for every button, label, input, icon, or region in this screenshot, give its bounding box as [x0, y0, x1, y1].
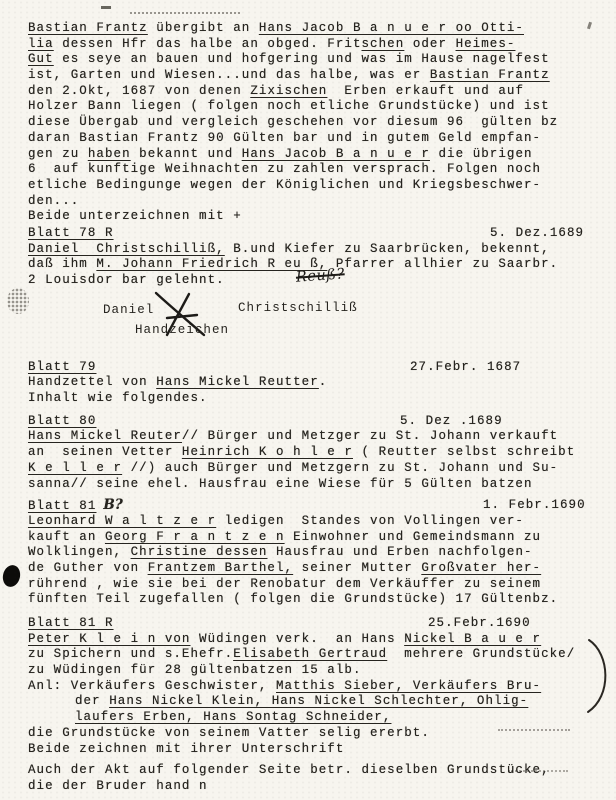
entry-header: Blatt 7927.Febr. 1687 — [28, 360, 602, 376]
text-segment: diese Übergab und vergleich geschehen vo… — [28, 115, 558, 129]
text-line: rührend , wie sie bei der Renobatur dem … — [28, 577, 602, 593]
entry-header: Blatt 805. Dez .1689 — [28, 414, 602, 430]
text-line: kauft an Georg F r a n t z e n Einwohner… — [28, 530, 602, 546]
blatt-label: Blatt 78 R — [28, 226, 114, 240]
text-segment: ledigen Standes von Vollingen ver- — [216, 514, 524, 528]
text-segment: kauft an — [28, 530, 105, 544]
scanned-document-page: Bastian Frantz übergibt an Hans Jacob B … — [0, 0, 616, 800]
text-line: zu Spichern und s.Ehefr.Elisabeth Gertra… — [28, 647, 602, 663]
entry-header: Blatt 81B?1. Febr.1690 — [28, 498, 602, 514]
text-segment: Holzer Bann liegen ( folgen noch etliche… — [28, 99, 550, 113]
text-segment: an seinen Vetter — [28, 445, 182, 459]
text-segment: Peter K l e i n von — [28, 632, 190, 646]
text-segment: zu Wüdingen für 28 gültenbatzen 15 alb. — [28, 663, 362, 677]
text-segment: Einwohner und Gemeindsmann zu — [285, 530, 542, 544]
blatt-81r: Blatt 81 R25.Febr.1690Peter K l e i n vo… — [28, 616, 602, 757]
closing: Auch der Akt auf folgender Seite betr. d… — [28, 763, 602, 794]
text-segment: ( Reutter selbst schreibt — [353, 445, 575, 459]
signature-last-name: Christschilliß — [238, 301, 358, 317]
text-line: etliche Bedingunge wegen der Königlichen… — [28, 178, 602, 194]
text-segment: K e l l e r — [28, 461, 122, 475]
signature-caption: Handzeichen — [135, 323, 229, 339]
text-line: Gut es seye an bauen und hofgering und w… — [28, 52, 602, 68]
blatt-label: Blatt 79 — [28, 360, 96, 374]
text-line: Inhalt wie folgendes. — [28, 391, 602, 407]
text-segment: gen zu — [28, 147, 88, 161]
text-segment: die Grundstücke von seinem Vatter selig … — [28, 726, 430, 740]
blatt-79: Blatt 7927.Febr. 1687Handzettel von Hans… — [28, 360, 602, 407]
text-segment: sanna// seine ehel. Hausfrau eine Wiese … — [28, 477, 533, 491]
intro: Bastian Frantz übergibt an Hans Jacob B … — [28, 21, 602, 225]
entry-date: 5. Dez.1689 — [490, 226, 584, 242]
text-line: ist, Garten und Wiesen...und das halbe, … — [28, 68, 602, 84]
text-segment: der — [75, 694, 109, 708]
text-segment: Georg F r a n t z e n — [105, 530, 285, 544]
text-line: daran Bastian Frantz 90 Gülten bar und i… — [28, 131, 602, 147]
text-line: Peter K l e i n von Wüdingen verk. an Ha… — [28, 632, 602, 648]
text-segment: Handzettel von — [28, 375, 156, 389]
text-segment: M. Johann Friedrich R eu ß, — [96, 257, 327, 271]
text-segment: bekannt und — [131, 147, 242, 161]
text-line: Handzettel von Hans Mickel Reutter. — [28, 375, 602, 391]
text-line: Anl: Verkäufers Geschwister, Matthis Sie… — [28, 679, 602, 695]
document-content: Bastian Frantz übergibt an Hans Jacob B … — [28, 21, 602, 795]
blatt-label: Blatt 80 — [28, 414, 96, 428]
text-segment: daß ihm — [28, 257, 96, 271]
text-segment: de Guther von — [28, 561, 148, 575]
text-line: Beide zeichnen mit ihrer Unterschrift — [28, 742, 602, 758]
halftone-smudge — [7, 288, 29, 314]
text-segment: Pfarrer allhier zu Saarbr. — [327, 257, 558, 271]
text-segment: den... — [28, 194, 79, 208]
text-line: sanna// seine ehel. Hausfrau eine Wiese … — [28, 477, 602, 493]
blatt-80: Blatt 805. Dez .1689Hans Mickel Reuter//… — [28, 414, 602, 492]
text-line: K e l l e r //) auch Bürger und Metzgern… — [28, 461, 602, 477]
blatt-78r: Blatt 78 R5. Dez.1689Daniel Christschill… — [28, 226, 602, 345]
text-segment: Gut — [28, 52, 54, 66]
text-line: die Grundstücke von seinem Vatter selig … — [28, 726, 602, 742]
entry-date: 25.Febr.1690 — [428, 616, 531, 632]
text-line: die der Bruder hand n — [28, 779, 602, 795]
text-segment: Daniel Christschilliß, — [28, 242, 225, 256]
text-segment: Heimes- — [456, 37, 516, 51]
text-segment: schen — [362, 37, 405, 51]
text-segment: die übrigen — [430, 147, 533, 161]
entry-date: 1. Febr.1690 — [483, 498, 586, 514]
text-line: den... — [28, 194, 602, 210]
text-segment: 6 auf kunftige Weihnachten zu zahlen ver… — [28, 162, 541, 176]
text-segment: //) auch Bürger und Metzgern zu St. Joha… — [122, 461, 558, 475]
text-line: zu Wüdingen für 28 gültenbatzen 15 alb. — [28, 663, 602, 679]
text-line: Bastian Frantz übergibt an Hans Jacob B … — [28, 21, 602, 37]
entry-header: Blatt 81 R25.Febr.1690 — [28, 616, 602, 632]
text-segment: B.und Kiefer zu Saarbrücken, bekennt, — [225, 242, 550, 256]
text-segment: 2 Louisdor bar gelehnt. — [28, 273, 225, 287]
text-segment: Wolklingen, — [28, 545, 131, 559]
text-line: Daniel Christschilliß, B.und Kiefer zu S… — [28, 242, 602, 258]
text-segment: rührend , wie sie bei der Renobatur dem … — [28, 577, 541, 591]
text-segment: die der Bruder hand n — [28, 779, 208, 793]
text-line: Leonhard W a l t z e r ledigen Standes v… — [28, 514, 602, 530]
text-line: lia dessen Hfr das halbe an obged. Frits… — [28, 37, 602, 53]
text-segment: Nickel B a u e r — [404, 632, 541, 646]
text-segment: etliche Bedingunge wegen der Königlichen… — [28, 178, 541, 192]
text-segment: Auch der Akt auf folgender Seite betr. d… — [28, 763, 550, 777]
top-margin-dash — [101, 6, 111, 9]
text-segment: daran Bastian Frantz 90 Gülten bar und i… — [28, 131, 541, 145]
text-segment: seiner Mutter — [293, 561, 421, 575]
text-segment: ist, Garten und Wiesen...und das halbe, … — [28, 68, 430, 82]
text-segment: Inhalt wie folgendes. — [28, 391, 208, 405]
text-line: laufers Erben, Hans Sontag Schneider, — [28, 710, 602, 726]
text-segment: Frantzem Barthel, — [148, 561, 293, 575]
text-line: Hans Mickel Reuter// Bürger und Metzger … — [28, 429, 602, 445]
text-segment: Erben erkauft und auf — [327, 84, 524, 98]
text-line: der Hans Nickel Klein, Hans Nickel Schle… — [28, 694, 602, 710]
handwritten-annotation: B? — [103, 497, 122, 513]
text-line: an seinen Vetter Heinrich K o h l e r ( … — [28, 445, 602, 461]
text-segment: fünften Teil zugefallen ( folgen die Gru… — [28, 592, 558, 606]
text-segment: Anl: Verkäufers Geschwister, — [28, 679, 276, 693]
text-segment: Beide unterzeichnen mit + — [28, 209, 242, 223]
text-segment: Hausfrau und Erben nachfolgen- — [267, 545, 532, 559]
top-dotted-marks — [130, 12, 240, 14]
text-line: diese Übergab und vergleich geschehen vo… — [28, 115, 602, 131]
text-segment: Hans Mickel Reuter — [28, 429, 182, 443]
text-segment: . — [319, 375, 328, 389]
text-segment: Zixischen — [250, 84, 327, 98]
text-segment: Hans Jacob B a n u e r oo Otti- — [259, 21, 524, 35]
text-line: Beide unterzeichnen mit + — [28, 209, 602, 225]
entry-date: 5. Dez .1689 — [400, 414, 503, 430]
text-segment: mehrere Grundstücke/ — [387, 647, 575, 661]
text-segment: haben — [88, 147, 131, 161]
text-line: 6 auf kunftige Weihnachten zu zahlen ver… — [28, 162, 602, 178]
text-segment: Leonhard W a l t z e r — [28, 514, 216, 528]
text-segment: Großvater her- — [421, 561, 541, 575]
text-line: Holzer Bann liegen ( folgen noch etliche… — [28, 99, 602, 115]
signature-first-name: Daniel — [103, 303, 154, 319]
text-segment: Matthis Sieber, Verkäufers Bru- — [276, 679, 541, 693]
text-segment: Wüdingen verk. an Hans — [190, 632, 404, 646]
text-segment: Heinrich K o h l e r — [182, 445, 353, 459]
ink-blot — [1, 563, 23, 588]
text-segment: dessen Hfr das halbe an obged. Frit — [54, 37, 362, 51]
blatt-label: Blatt 81 R — [28, 616, 114, 630]
text-line: de Guther von Frantzem Barthel, seiner M… — [28, 561, 602, 577]
text-segment: Bastian Frantz — [430, 68, 550, 82]
text-segment: lia — [28, 37, 54, 51]
text-segment: Bastian Frantz — [28, 21, 148, 35]
text-segment: Beide zeichnen mit ihrer Unterschrift — [28, 742, 344, 756]
text-line: Auch der Akt auf folgender Seite betr. d… — [28, 763, 602, 779]
text-segment: den 2.Okt, 1687 von denen — [28, 84, 250, 98]
text-line: den 2.Okt, 1687 von denen Zixischen Erbe… — [28, 84, 602, 100]
entry-date: 27.Febr. 1687 — [410, 360, 521, 376]
entry-header: Blatt 78 R5. Dez.1689 — [28, 226, 602, 242]
handwritten-note: Reuß? — [296, 267, 346, 286]
text-line: fünften Teil zugefallen ( folgen die Gru… — [28, 592, 602, 608]
text-segment: oder — [404, 37, 455, 51]
text-segment: Elisabeth Gertraud — [233, 647, 387, 661]
text-line: Wolklingen, Christine dessen Hausfrau un… — [28, 545, 602, 561]
text-segment: Hans Nickel Klein, Hans Nickel Schlechte… — [109, 694, 528, 708]
signature-block: DanielChristschillißHandzeichen — [28, 293, 602, 345]
text-segment: laufers Erben, Hans Sontag Schneider, — [75, 710, 391, 724]
text-segment: übergibt an — [148, 21, 259, 35]
text-segment: Hans Mickel Reutter — [156, 375, 318, 389]
text-line: gen zu haben bekannt und Hans Jacob B a … — [28, 147, 602, 163]
text-segment: Christine dessen — [131, 545, 268, 559]
text-segment: zu Spichern und s.Ehefr. — [28, 647, 233, 661]
text-segment: // Bürger und Metzger zu St. Johann verk… — [182, 429, 558, 443]
blatt-label: Blatt 81 — [28, 499, 96, 513]
text-segment: es seye an bauen und hofgering und was i… — [54, 52, 550, 66]
blatt-81b: Blatt 81B?1. Febr.1690Leonhard W a l t z… — [28, 498, 602, 608]
text-segment: Hans Jacob B a n u e r — [242, 147, 430, 161]
